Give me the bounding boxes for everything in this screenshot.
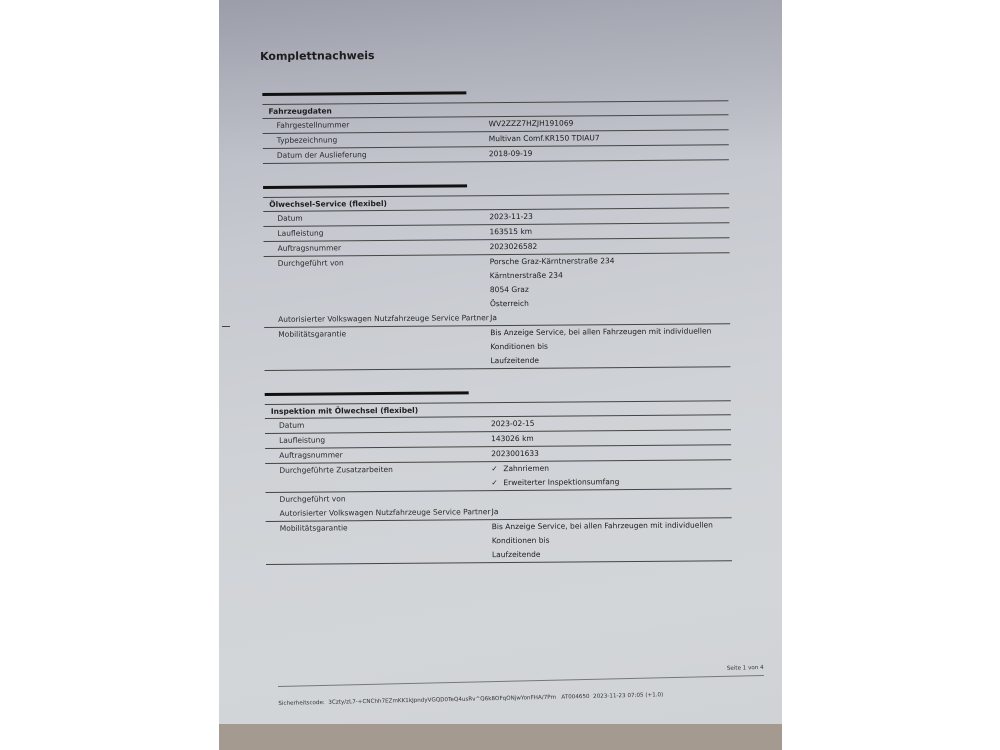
value-line: 143026 km (491, 430, 731, 446)
row-label: Mobilitätsgarantie (264, 326, 490, 370)
check-item-text: Zahnriemen (503, 464, 549, 473)
row-label: Laufleistung (265, 432, 491, 448)
row-label: Datum (263, 210, 489, 226)
row-value: Ja (492, 503, 732, 519)
row-label: Mobilitätsgarantie (266, 520, 492, 564)
document-title: Komplettnachweis (260, 46, 728, 63)
row-label: Typbezeichnung (263, 132, 489, 148)
value-line: 2023-02-15 (491, 415, 731, 431)
security-label: Sicherheitscode: (278, 700, 325, 707)
value-line: 2023-11-23 (489, 208, 729, 224)
row-value: 2023001633 (491, 445, 731, 461)
row-value: ✓Zahnriemen✓Erweiterter Inspektionsumfan… (491, 460, 731, 490)
section-bar (265, 391, 469, 396)
floor-background (219, 724, 782, 750)
row-label: Durchgeführt von (264, 255, 490, 313)
row-value: 2023-11-23 (489, 208, 729, 224)
value-line: Laufzeitende (490, 352, 730, 368)
row-value: 2023-02-15 (491, 415, 731, 431)
row-label: Datum der Auslieferung (263, 147, 489, 163)
value-line: 2023001633 (491, 445, 731, 461)
row-value: WV2ZZZ7HZJH191069 (489, 115, 729, 131)
section-bar (262, 91, 466, 96)
value-line: Bis Anzeige Service, bei allen Fahrzeuge… (492, 518, 732, 548)
row-value: 2018-09-19 (489, 145, 729, 161)
row-value: 143026 km (491, 430, 731, 446)
page-number: Seite 1 von 4 (727, 665, 764, 672)
fold-mark (222, 326, 230, 327)
row-value: Bis Anzeige Service, bei allen Fahrzeuge… (490, 324, 730, 368)
checkmark-icon: ✓ (491, 476, 503, 490)
section: Inspektion mit Ölwechsel (flexibel)Datum… (261, 389, 732, 565)
value-line: Laufzeitende (492, 546, 732, 562)
row-value: Bis Anzeige Service, bei allen Fahrzeuge… (492, 518, 732, 562)
value-line: Ja (490, 309, 730, 325)
table-row: Durchgeführte Zusatzarbeiten✓Zahnriemen✓… (265, 460, 731, 493)
row-value: 163515 km (489, 223, 729, 239)
checkmark-icon: ✓ (491, 462, 503, 476)
table-row: Datum der Auslieferung2018-09-19 (263, 145, 729, 164)
row-value: Multivan Comf.KR150 TDIAU7 (489, 130, 729, 146)
row-label: Durchgeführte Zusatzarbeiten (265, 462, 491, 492)
table-row: MobilitätsgarantieBis Anzeige Service, b… (266, 518, 732, 565)
row-value: Ja (490, 309, 730, 325)
value-line: 2023026582 (490, 238, 730, 254)
row-label: Auftragsnummer (264, 240, 490, 256)
row-label: Autorisierter Volkswagen Nutzfahrzeuge S… (264, 311, 490, 327)
row-label: Laufleistung (263, 225, 489, 241)
value-line: ✓Erweiterter Inspektionsumfang (491, 474, 731, 490)
document: Komplettnachweis FahrzeugdatenFahrgestel… (258, 46, 732, 587)
section-bar (263, 184, 467, 189)
row-label: Fahrgestellnummer (263, 117, 489, 133)
table-row: Durchgeführt vonPorsche Graz-Kärntnerstr… (264, 253, 730, 313)
value-line: 163515 km (489, 223, 729, 239)
value-line: Multivan Comf.KR150 TDIAU7 (489, 130, 729, 146)
section: FahrzeugdatenFahrgestellnummerWV2ZZZ7HZJ… (258, 89, 729, 164)
sections-container: FahrzeugdatenFahrgestellnummerWV2ZZZ7HZJ… (258, 89, 732, 565)
row-value: Porsche Graz-Kärntnerstraße 234Kärntners… (490, 253, 730, 311)
check-item-text: Erweiterter Inspektionsumfang (503, 477, 619, 487)
value-line: 2018-09-19 (489, 145, 729, 161)
value-line: Bis Anzeige Service, bei allen Fahrzeuge… (490, 324, 730, 354)
dealer-id: AT004650 (561, 694, 589, 701)
row-label: Auftragsnummer (265, 447, 491, 463)
row-label: Datum (265, 417, 491, 433)
section: Ölwechsel-Service (flexibel)Datum2023-11… (259, 182, 730, 371)
row-value: 2023026582 (490, 238, 730, 254)
value-line: WV2ZZZ7HZJH191069 (489, 115, 729, 131)
row-label: Autorisierter Volkswagen Nutzfahrzeuge S… (266, 505, 492, 521)
value-line: Ja (492, 503, 732, 519)
table-row: MobilitätsgarantieBis Anzeige Service, b… (264, 324, 730, 371)
